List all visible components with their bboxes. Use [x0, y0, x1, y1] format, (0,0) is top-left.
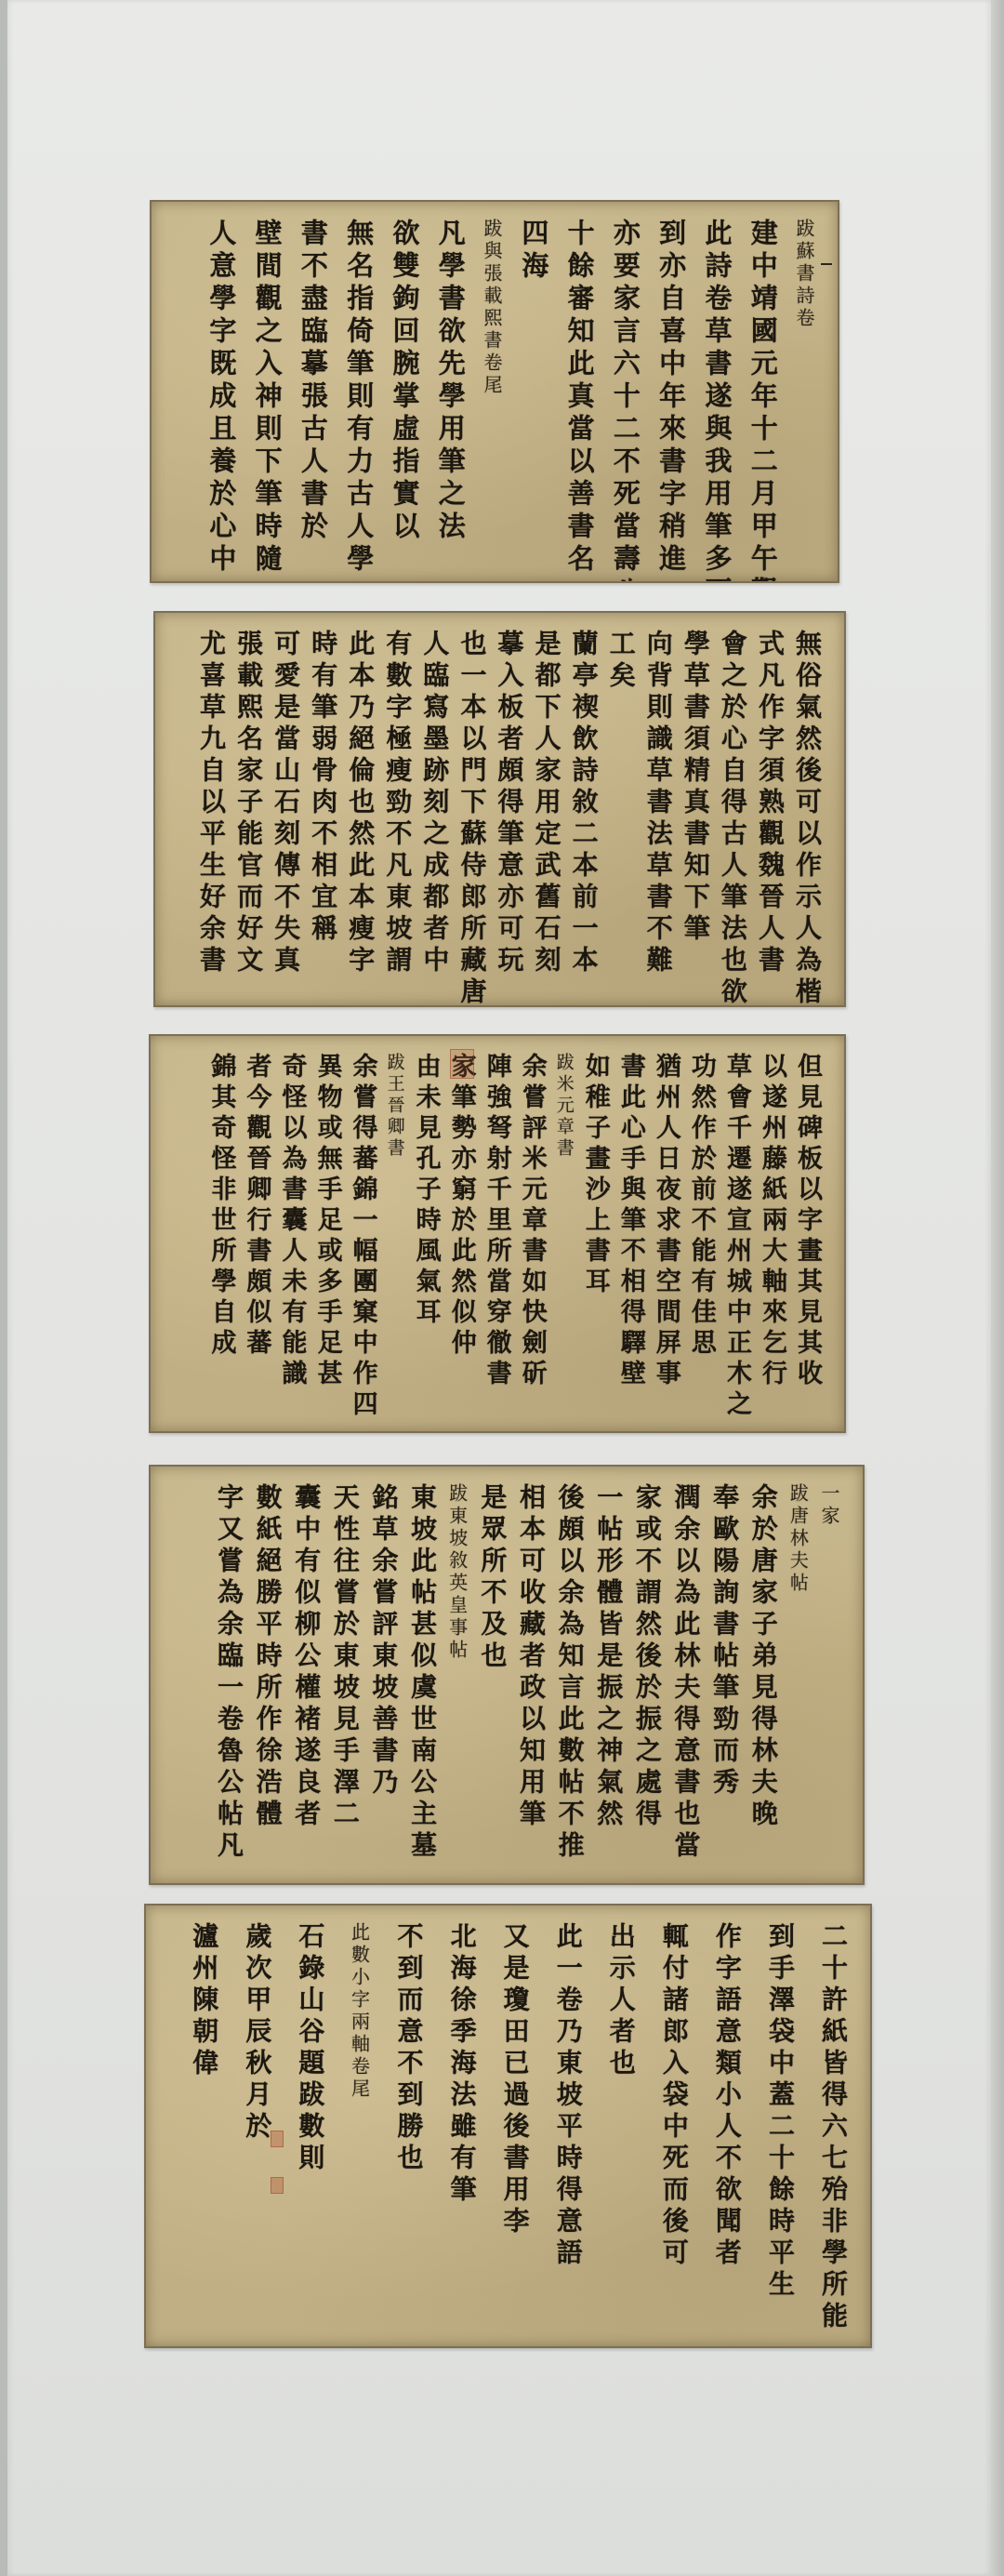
text-column: 二十許紙皆得六七殆非學所能: [820, 1922, 846, 2333]
calligraphy-panel-2: 無俗氣然後可以作示人為楷式凡作字須熟觀魏晉人書會之於心自得古人筆法也欲學草書須精…: [153, 611, 846, 1007]
text-column: 異物或無手足或多手足甚: [315, 1053, 340, 1418]
text-column: 跋王晉卿書: [386, 1053, 403, 1418]
calligraphy-panel-5: 二十許紙皆得六七殆非學所能到手澤袋中蓋二十餘時平生作字語意類小人不欲聞者輒付諸郎…: [144, 1904, 872, 2348]
text-column: 人意學字既成且養於心中: [207, 219, 234, 568]
text-column: 壁間觀之入神則下筆時隨: [254, 219, 281, 568]
text-column: 如稚子畫沙上書耳: [583, 1053, 608, 1418]
text-columns: 無俗氣然後可以作示人為楷式凡作字須熟觀魏晉人書會之於心自得古人筆法也欲學草書須精…: [176, 630, 820, 992]
text-column: 者今觀晉卿行書頗似蕃: [244, 1053, 270, 1418]
text-column: 工矣: [608, 630, 634, 992]
text-column: 作字語意類小人不欲聞者: [714, 1922, 740, 2333]
calligraphy-panel-4: 一家跋唐林夫帖余於唐家子弟見得林夫晚奉歐陽詢書帖筆勁而秀潤余以為此林夫得意書也當…: [149, 1465, 865, 1885]
text-column: 石錄山谷題跋數則: [297, 1922, 323, 2333]
text-column: 無名指倚筆則有力古人學: [345, 219, 372, 568]
text-column: 書不盡臨摹張古人書於: [299, 219, 326, 568]
text-column: 人臨寫墨跡刻之成都者中: [421, 630, 447, 992]
text-columns: 跋蘇書詩卷建中靖國元年十二月甲午觀此詩卷草書遂與我用筆多不到亦自喜中年來書字稍進…: [172, 219, 813, 568]
text-column: 建中靖國元年十二月甲午觀: [749, 219, 776, 568]
text-column: 此數小字兩軸卷尾: [350, 1922, 368, 2333]
text-column: 家或不謂然後於振之處得: [634, 1483, 660, 1870]
text-column: 時有筆弱骨肉不相宜稱: [310, 630, 336, 992]
text-column: 摹入板者頗得筆意亦可玩: [496, 630, 522, 992]
text-columns: 但見碑板以字畫其見其收以遂州藤紙兩大軸來乞行草會千遷遂宣州城中正木之功然作於前不…: [171, 1053, 820, 1418]
text-column: 奉歐陽詢書帖筆勁而秀: [711, 1483, 737, 1870]
text-column: 輒付諸郎入袋中死而後可: [661, 1922, 687, 2333]
text-column: 陣強弩射千里所當穿徹書: [484, 1053, 509, 1418]
text-column: 到亦自喜中年來書字稍進: [657, 219, 684, 568]
text-column: 一帖形體皆是振之神氣然: [595, 1483, 621, 1870]
text-column: 尤喜草九自以平生好余書: [198, 630, 224, 992]
text-column: 十餘審知此真當以善書名: [566, 219, 593, 568]
text-column: 張載熙名家子能官而好文: [235, 630, 261, 992]
text-columns: 一家跋唐林夫帖余於唐家子弟見得林夫晚奉歐陽詢書帖筆勁而秀潤余以為此林夫得意書也當…: [171, 1483, 839, 1870]
text-column: 功然作於前不能有佳思: [689, 1053, 714, 1418]
text-column: 跋蘇書詩卷: [795, 219, 813, 568]
text-column: 家筆勢亦窮於此然似仲: [449, 1053, 474, 1418]
text-column: 猶州人日夜求書空間屏事: [654, 1053, 679, 1418]
calligraphy-panel-3: 但見碑板以字畫其見其收以遂州藤紙兩大軸來乞行草會千遷遂宣州城中正木之功然作於前不…: [149, 1034, 846, 1433]
text-column: 到手澤袋中蓋二十餘時平生: [767, 1922, 793, 2333]
text-column: 也一本以門下蘇侍郎所藏唐: [458, 630, 484, 992]
text-column: 一家: [820, 1483, 839, 1870]
text-column: 奇怪以為書囊人未有能識: [280, 1053, 305, 1418]
calligraphy-panel-1: 跋蘇書詩卷建中靖國元年十二月甲午觀此詩卷草書遂與我用筆多不到亦自喜中年來書字稍進…: [150, 200, 839, 583]
collector-seal-icon: [450, 1049, 474, 1079]
text-column: 會之於心自得古人筆法也欲: [720, 630, 746, 992]
text-column: 學草書須精真書知下筆: [682, 630, 708, 992]
wall-background-right: [991, 0, 1004, 2576]
tear-mark: [821, 263, 832, 265]
text-column: 跋與張載熙書卷尾: [482, 219, 501, 568]
text-column: 向背則識草書法草書不難: [645, 630, 671, 992]
text-column: 余於唐家子弟見得林夫晚: [750, 1483, 776, 1870]
text-column: 囊中有似柳公權褚遂良者: [293, 1483, 319, 1870]
text-column: 又是瓊田已過後書用李: [502, 1922, 528, 2333]
text-column: 跋唐林夫帖: [788, 1483, 807, 1870]
text-column: 欲雙鉤回腕掌虛指實以: [390, 219, 417, 568]
text-column: 跋東坡敘英皇事帖: [448, 1483, 467, 1870]
text-column: 此詩卷草書遂與我用筆多不: [703, 219, 730, 568]
text-column: 是眾所不及也: [479, 1483, 505, 1870]
text-column: 跋米元章書: [555, 1053, 573, 1418]
text-column: 亦要家言六十二不死當壽八: [612, 219, 639, 568]
text-column: 數紙絕勝平時所作徐浩體: [255, 1483, 281, 1870]
text-column: 北海徐季海法雖有筆: [449, 1922, 475, 2333]
text-column: 歲次甲辰秋月於: [244, 1922, 270, 2333]
text-column: 凡學書欲先學用筆之法: [437, 219, 464, 568]
text-column: 是都下人家用定武舊石刻: [534, 630, 560, 992]
text-column: 無俗氣然後可以作示人為楷: [794, 630, 820, 992]
text-column: 余嘗評米元章書如快劍斫: [520, 1053, 545, 1418]
text-column: 出示人者也: [608, 1922, 634, 2333]
text-column: 式凡作字須熟觀魏晉人書: [757, 630, 783, 992]
text-column: 書此心手與筆不相得驛壁: [618, 1053, 643, 1418]
text-column: 有數字極瘦勁不凡東坡謂: [384, 630, 410, 992]
text-column: 東坡此帖甚似虞世南公主墓: [409, 1483, 435, 1870]
text-column: 瀘州陳朝偉: [191, 1922, 217, 2333]
text-column: 銘草余嘗評東坡善書乃: [371, 1483, 397, 1870]
text-column: 天性往嘗於東坡見手澤二: [332, 1483, 358, 1870]
text-column: 蘭亭禊飲詩敘二本前一本: [571, 630, 597, 992]
artist-seal-upper-icon: [271, 2131, 284, 2147]
text-column: 草會千遷遂宣州城中正木之: [724, 1053, 749, 1418]
text-column: 潤余以為此林夫得意書也當: [673, 1483, 699, 1870]
text-column: 以遂州藤紙兩大軸來乞行: [760, 1053, 785, 1418]
text-column: 由未見孔子時風氣耳: [414, 1053, 439, 1418]
text-column: 四海: [520, 219, 547, 568]
text-column: 相本可收藏者政以知用筆: [518, 1483, 544, 1870]
text-column: 此本乃絕倫也然此本瘦字: [347, 630, 373, 992]
text-column: 可愛是當山石刻傳不失真: [272, 630, 298, 992]
text-column: 不到而意不到勝也: [396, 1922, 422, 2333]
text-column: 字又嘗為余臨一卷魯公帖凡: [216, 1483, 242, 1870]
text-column: 後頗以余為知言此數帖不推: [557, 1483, 583, 1870]
text-columns: 二十許紙皆得六七殆非學所能到手澤袋中蓋二十餘時平生作字語意類小人不欲聞者輒付諸郎…: [166, 1922, 846, 2333]
text-column: 余嘗得蕃錦一幅團窠中作四: [350, 1053, 376, 1418]
text-column: 但見碑板以字畫其見其收: [795, 1053, 820, 1418]
text-column: 錦其奇怪非世所學自成: [208, 1053, 233, 1418]
artist-seal-lower-icon: [271, 2177, 284, 2194]
text-column: 此一卷乃東坡平時得意語: [555, 1922, 581, 2333]
wall-background-left: [0, 0, 7, 2576]
